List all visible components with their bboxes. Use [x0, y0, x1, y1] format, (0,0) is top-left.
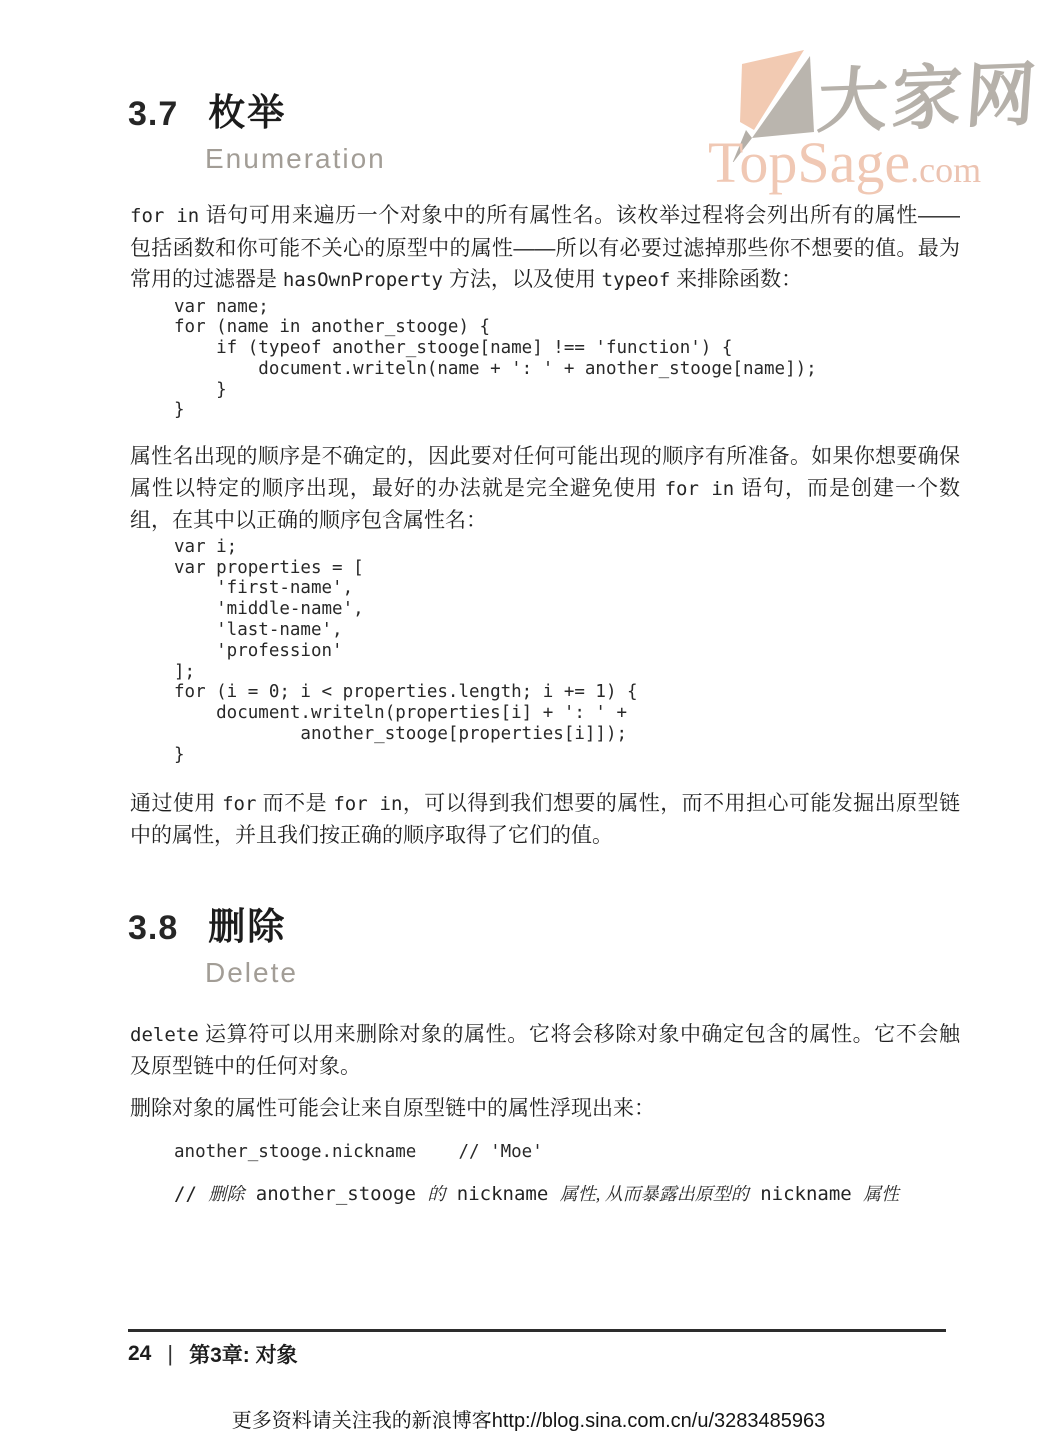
paragraph-text: 通过使用 — [130, 792, 222, 815]
section-38-number: 3.8 — [128, 909, 178, 948]
comment-text: nickname — [749, 1183, 863, 1205]
paragraph-text: 来排除函数： — [670, 268, 802, 291]
section-37-title: 枚举 — [208, 82, 286, 136]
footer-rule — [128, 1329, 946, 1332]
footer-separator: | — [167, 1341, 173, 1367]
footer-text: 24 | 第3章: 对象 — [128, 1339, 946, 1369]
inline-code: for in — [333, 793, 402, 815]
page-footer: 24 | 第3章: 对象 — [128, 1329, 946, 1369]
comment-text-zh: 删除 — [208, 1184, 244, 1204]
paragraph-for-vs-forin: 通过使用 for 而不是 for in，可以得到我们想要的属性，而不用担心可能发… — [130, 788, 960, 852]
blog-note: 更多资料请关注我的新浪博客http://blog.sina.com.cn/u/3… — [0, 1404, 1057, 1433]
section-37-heading: 3.7 枚举 — [128, 0, 1057, 136]
paragraph-text: 运算符可以用来删除对象的属性。它将会移除对象中确定包含的属性。它不会触及原型链中… — [130, 1023, 960, 1079]
paragraph-delete-intro: delete 运算符可以用来删除对象的属性。它将会移除对象中确定包含的属性。它不… — [130, 1019, 960, 1083]
code-line-nickname: another_stooge.nickname // 'Moe' — [174, 1142, 1057, 1162]
paragraph-text: 方法，以及使用 — [443, 268, 602, 291]
paragraph-order: 属性名出现的顺序是不确定的，因此要对任何可能出现的顺序有所准备。如果你想要确保属… — [130, 441, 960, 537]
paragraph-text: 删除对象的属性可能会让来自原型链中的属性浮现出来： — [130, 1097, 655, 1120]
comment-text: another_stooge — [244, 1183, 427, 1205]
inline-code: delete — [130, 1024, 199, 1046]
comment-text: // — [174, 1183, 208, 1205]
paragraph-text: 而不是 — [256, 792, 333, 815]
section-37-subtitle: Enumeration — [205, 143, 1057, 175]
code-block-properties-array: var i; var properties = [ 'first-name', … — [174, 537, 1057, 766]
page-number: 24 — [128, 1342, 151, 1366]
chapter-title: 第3章: 对象 — [189, 1339, 298, 1369]
section-38-title: 删除 — [208, 896, 286, 950]
section-38-heading: 3.8 删除 — [128, 896, 1057, 950]
section-37-number: 3.7 — [128, 95, 178, 134]
section-38-subtitle: Delete — [205, 957, 1057, 989]
code-comment-line: // 删除 another_stooge 的 nickname 属性, 从而暴露… — [174, 1180, 1057, 1206]
inline-code: for in — [665, 478, 735, 500]
paragraph-delete-reveal: 删除对象的属性可能会让来自原型链中的属性浮现出来： — [130, 1093, 960, 1125]
inline-code: typeof — [602, 269, 671, 291]
inline-code: hasOwnProperty — [283, 269, 443, 291]
code-block-forin-loop: var name; for (name in another_stooge) {… — [174, 297, 1057, 422]
comment-text-zh: 属性, 从而暴露出原型的 — [560, 1184, 749, 1204]
scanned-book-page: 大家网 TopSage.com 3.7 枚举 Enumeration for i… — [0, 0, 1057, 1441]
inline-code: for — [222, 793, 256, 815]
inline-code: for in — [130, 205, 199, 227]
comment-text-zh: 的 — [427, 1184, 445, 1204]
paragraph-forin-intro: for in 语句可用来遍历一个对象中的所有属性名。该枚举过程将会列出所有的属性… — [130, 200, 960, 297]
comment-text: nickname — [445, 1183, 559, 1205]
comment-text-zh: 属性 — [863, 1184, 899, 1204]
